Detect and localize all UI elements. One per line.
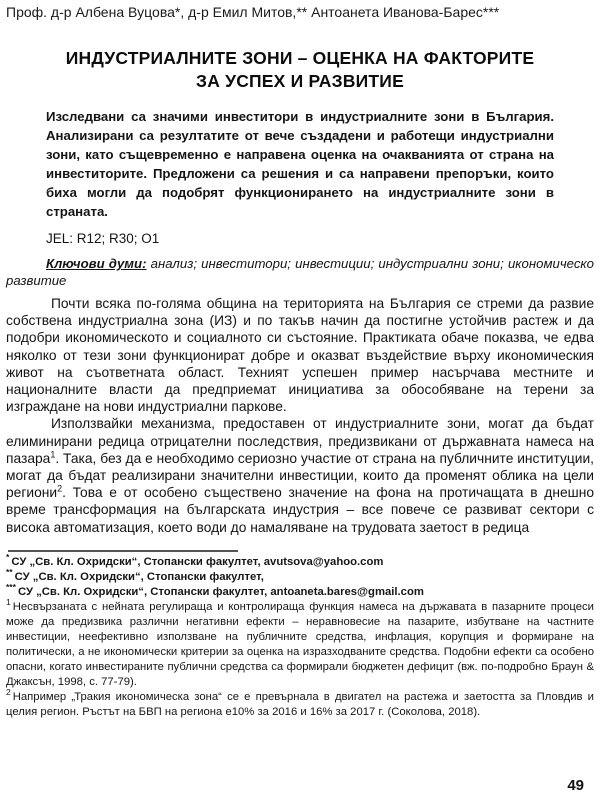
- body-paragraph-2: Използвайки механизма, предоставен от ин…: [6, 415, 594, 535]
- jel-codes: JEL: R12; R30; O1: [46, 231, 594, 247]
- body-paragraph-2-text-c: . Това е от особено съществено значение …: [6, 485, 594, 534]
- footnote-2-marker: 2: [6, 687, 11, 697]
- affiliation-note-1: *СУ „Св. Кл. Охридски“, Стопански факулт…: [6, 555, 594, 570]
- document-page: Проф. д-р Албена Вуцова*, д-р Емил Митов…: [0, 0, 600, 800]
- affiliation-marker-1: *: [6, 552, 9, 562]
- footnote-2: 2Например „Тракия икономическа зона“ се …: [6, 690, 594, 720]
- article-title-line-2: ЗА УСПЕХ И РАЗВИТИЕ: [196, 71, 404, 91]
- affiliation-marker-2: **: [6, 567, 13, 577]
- affiliation-note-2: **СУ „Св. Кл. Охридски“, Стопански факул…: [6, 570, 594, 585]
- body-paragraph-1: Почти всяка по-голяма община на територи…: [6, 295, 594, 415]
- affiliation-text-3: СУ „Св. Кл. Охридски“, Стопански факулте…: [18, 586, 424, 598]
- affiliation-marker-3: ***: [6, 582, 16, 592]
- footnote-divider: [8, 550, 238, 552]
- affiliation-text-2: СУ „Св. Кл. Охридски“, Стопански факулте…: [15, 571, 264, 583]
- affiliation-note-3: ***СУ „Св. Кл. Охридски“, Стопански факу…: [6, 585, 594, 600]
- footnotes-section: *СУ „Св. Кл. Охридски“, Стопански факулт…: [6, 555, 594, 720]
- authors-line: Проф. д-р Албена Вуцова*, д-р Емил Митов…: [6, 4, 594, 21]
- article-title: ИНДУСТРИАЛНИТЕ ЗОНИ – ОЦЕНКА НА ФАКТОРИТ…: [6, 47, 594, 93]
- keywords-label: Ключови думи:: [46, 256, 147, 271]
- affiliation-text-1: СУ „Св. Кл. Охридски“, Стопански факулте…: [11, 556, 383, 568]
- footnote-2-text: Например „Тракия икономическа зона“ се е…: [6, 691, 594, 718]
- abstract-text: Изследвани са значими инвеститори в инду…: [46, 107, 554, 221]
- keywords-line: Ключови думи: анализ; инвеститори; инвес…: [6, 255, 594, 289]
- article-title-line-1: ИНДУСТРИАЛНИТЕ ЗОНИ – ОЦЕНКА НА ФАКТОРИТ…: [66, 48, 534, 68]
- footnote-1-text: Несвързаната с нейната регулираща и конт…: [6, 601, 594, 688]
- footnote-1-marker: 1: [6, 597, 11, 607]
- page-number: 49: [567, 777, 584, 794]
- footnote-1: 1Несвързаната с нейната регулираща и кон…: [6, 600, 594, 690]
